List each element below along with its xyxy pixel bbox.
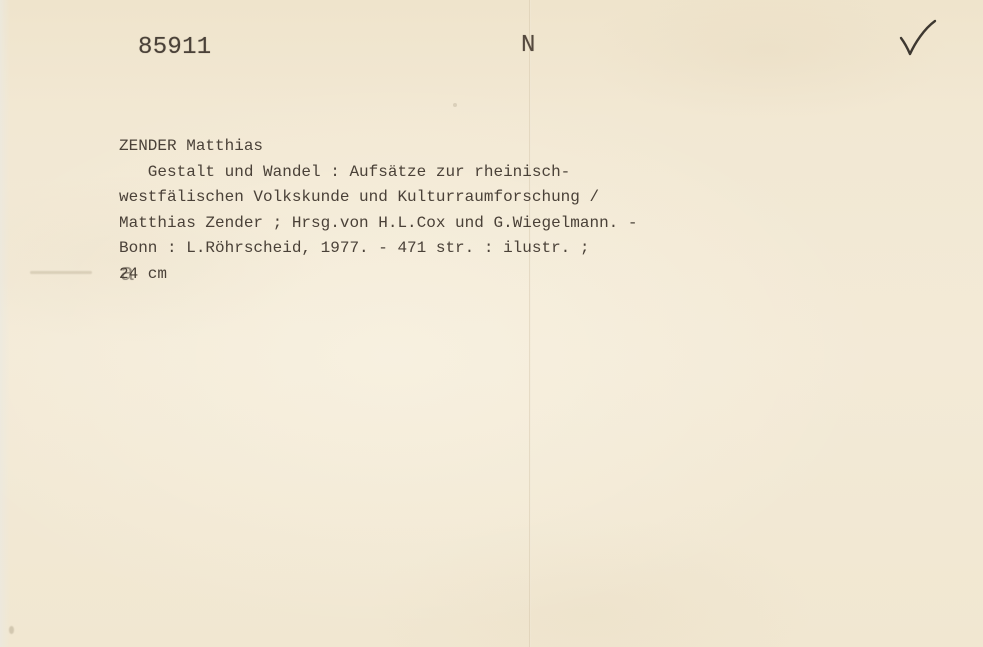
overstrike-character: a (120, 261, 134, 288)
smudge-mark (30, 271, 92, 274)
entry-line-imprint: Bonn : L.Röhrscheid, 1977. - 471 str. : … (119, 236, 637, 262)
checkmark-icon (896, 16, 942, 66)
entry-line-title-2: westfälischen Volkskunde und Kulturraumf… (119, 185, 637, 211)
catalog-card: 85911 N ZENDER Matthias Gestalt und Wand… (0, 0, 983, 647)
entry-line-heading: ZENDER Matthias (119, 134, 637, 160)
entry-line-title-1: Gestalt und Wandel : Aufsätze zur rheini… (119, 160, 637, 186)
ink-speck (9, 626, 14, 634)
catalog-entry: ZENDER Matthias Gestalt und Wandel : Auf… (119, 134, 637, 287)
ink-speck-small (453, 103, 457, 107)
card-left-edge (0, 0, 10, 647)
classification-letter: N (521, 32, 536, 59)
entry-line-size: 24 cm (119, 262, 637, 288)
accession-number: 85911 (138, 34, 212, 61)
card-crease-line (529, 0, 531, 647)
entry-line-statement: Matthias Zender ; Hrsg.von H.L.Cox und G… (119, 211, 637, 237)
